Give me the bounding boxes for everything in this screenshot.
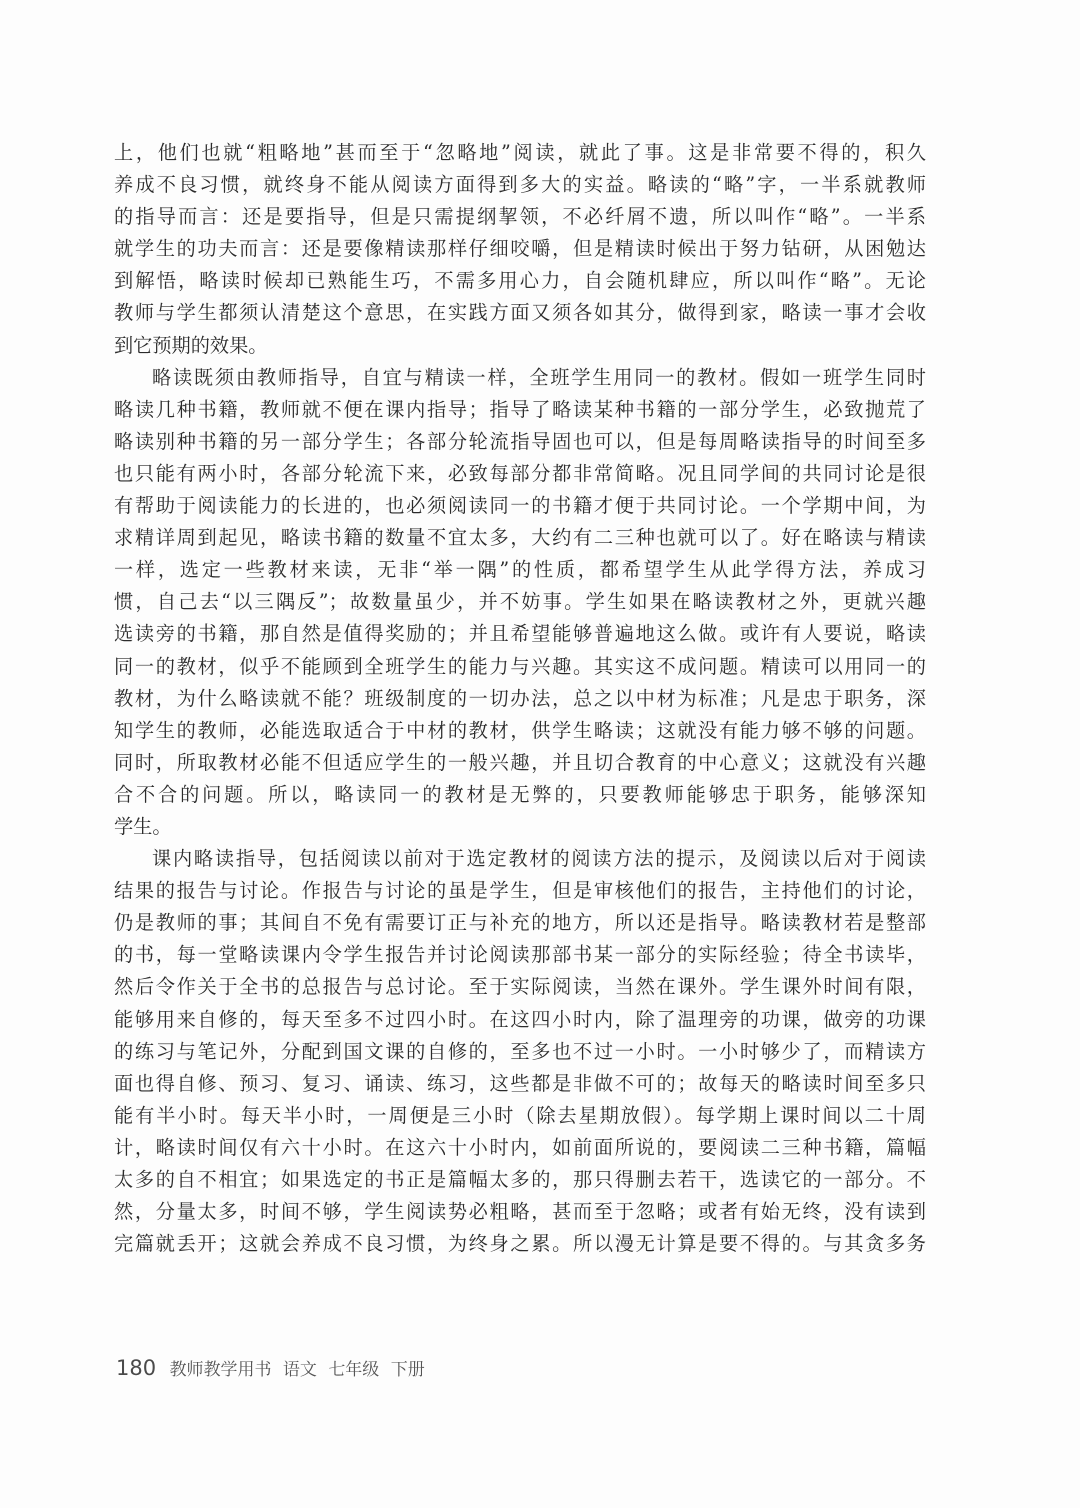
text-line: 同一的教材，似乎不能顾到全班学生的能力与兴趣。其实这不成问题。精读可以用同一的 — [114, 651, 926, 683]
page-number: 180 — [116, 1356, 156, 1380]
body-text: 上，他们也就“粗略地”甚而至于“忽略地”阅读，就此了事。这是非常要不得的，积久养… — [114, 137, 926, 1260]
text-line: 完篇就丢开；这就会养成不良习惯，为终身之累。所以漫无计算是要不得的。与其贪多务 — [114, 1228, 926, 1260]
text-line: 课内略读指导，包括阅读以前对于选定教材的阅读方法的提示，及阅读以后对于阅读 — [114, 843, 926, 875]
text-line: 就学生的功夫而言：还是要像精读那样仔细咬嚼，但是精读时候出于努力钻研，从困勉达 — [114, 233, 926, 265]
text-line: 能够用来自修的，每天至多不过四小时。在这四小时内，除了温理旁的功课，做旁的功课 — [114, 1004, 926, 1036]
document-page: 上，他们也就“粗略地”甚而至于“忽略地”阅读，就此了事。这是非常要不得的，积久养… — [0, 0, 1080, 1508]
text-line: 仍是教师的事；其间自不免有需要订正与补充的地方，所以还是指导。略读教材若是整部 — [114, 907, 926, 939]
volume-label: 下册 — [391, 1360, 425, 1380]
text-line: 太多的自不相宜；如果选定的书正是篇幅太多的，那只得删去若干，选读它的一部分。不 — [114, 1164, 926, 1196]
text-line: 同时，所取教材必能不但适应学生的一般兴趣，并且切合教育的中心意义；这就没有兴趣 — [114, 747, 926, 779]
text-line: 面也得自修、预习、复习、诵读、练习，这些都是非做不可的；故每天的略读时间至多只 — [114, 1068, 926, 1100]
text-line: 的指导而言：还是要指导，但是只需提纲挈领，不必纤屑不遗，所以叫作“略”。一半系 — [114, 201, 926, 233]
text-line: 教材，为什么略读就不能？班级制度的一切办法，总之以中材为标准；凡是忠于职务，深 — [114, 683, 926, 715]
paragraph: 上，他们也就“粗略地”甚而至于“忽略地”阅读，就此了事。这是非常要不得的，积久养… — [114, 137, 926, 362]
text-line: 能有半小时。每天半小时，一周便是三小时（除去星期放假）。每学期上课时间以二十周 — [114, 1100, 926, 1132]
text-line: 到解悟，略读时候却已熟能生巧，不需多用心力，自会随机肆应，所以叫作“略”。无论 — [114, 265, 926, 297]
text-line: 有帮助于阅读能力的长进的，也必须阅读同一的书籍才便于共同讨论。一个学期中间，为 — [114, 490, 926, 522]
text-line: 上，他们也就“粗略地”甚而至于“忽略地”阅读，就此了事。这是非常要不得的，积久 — [114, 137, 926, 169]
text-line: 的练习与笔记外，分配到国文课的自修的，至多也不过一小时。一小时够少了，而精读方 — [114, 1036, 926, 1068]
text-line: 计，略读时间仅有六十小时。在这六十小时内，如前面所说的，要阅读二三种书籍，篇幅 — [114, 1132, 926, 1164]
text-line: 惯，自己去“以三隅反”；故数量虽少，并不妨事。学生如果在略读教材之外，更就兴趣 — [114, 586, 926, 618]
text-line: 养成不良习惯，就终身不能从阅读方面得到多大的实益。略读的“略”字，一半系就教师 — [114, 169, 926, 201]
text-line: 选读旁的书籍，那自然是值得奖励的；并且希望能够普遍地这么做。或许有人要说，略读 — [114, 618, 926, 650]
page-footer: 180 教师教学用书 语文 七年级 下册 — [116, 1355, 425, 1380]
text-line: 求精详周到起见，略读书籍的数量不宜太多，大约有二三种也就可以了。好在略读与精读 — [114, 522, 926, 554]
text-line: 略读既须由教师指导，自宜与精读一样，全班学生用同一的教材。假如一班学生同时 — [114, 362, 926, 394]
book-title: 教师教学用书 — [170, 1360, 272, 1380]
paragraph: 课内略读指导，包括阅读以前对于选定教材的阅读方法的提示，及阅读以后对于阅读结果的… — [114, 843, 926, 1260]
text-line: 教师与学生都须认清楚这个意思，在实践方面又须各如其分，做得到家，略读一事才会收 — [114, 297, 926, 329]
paragraph: 略读既须由教师指导，自宜与精读一样，全班学生用同一的教材。假如一班学生同时略读几… — [114, 362, 926, 843]
text-line: 然，分量太多，时间不够，学生阅读势必粗略，甚而至于忽略；或者有始无终，没有读到 — [114, 1196, 926, 1228]
text-line: 然后令作关于全书的总报告与总讨论。至于实际阅读，当然在课外。学生课外时间有限， — [114, 971, 926, 1003]
grade-label: 七年级 — [328, 1360, 379, 1380]
text-line: 到它预期的效果。 — [114, 330, 926, 362]
text-line: 略读几种书籍，教师就不便在课内指导；指导了略读某种书籍的一部分学生，必致抛荒了 — [114, 394, 926, 426]
text-line: 一样，选定一些教材来读，无非“举一隅”的性质，都希望学生从此学得方法，养成习 — [114, 554, 926, 586]
subject-label: 语文 — [283, 1360, 317, 1380]
text-line: 略读别种书籍的另一部分学生；各部分轮流指导固也可以，但是每周略读指导的时间至多 — [114, 426, 926, 458]
text-line: 合不合的问题。所以，略读同一的教材是无弊的，只要教师能够忠于职务，能够深知 — [114, 779, 926, 811]
text-line: 也只能有两小时，各部分轮流下来，必致每部分都非常简略。况且同学间的共同讨论是很 — [114, 458, 926, 490]
text-line: 学生。 — [114, 811, 926, 843]
text-line: 结果的报告与讨论。作报告与讨论的虽是学生，但是审核他们的报告，主持他们的讨论， — [114, 875, 926, 907]
text-line: 知学生的教师，必能选取适合于中材的教材，供学生略读；这就没有能力够不够的问题。 — [114, 715, 926, 747]
text-line: 的书，每一堂略读课内令学生报告并讨论阅读那部书某一部分的实际经验；待全书读毕， — [114, 939, 926, 971]
